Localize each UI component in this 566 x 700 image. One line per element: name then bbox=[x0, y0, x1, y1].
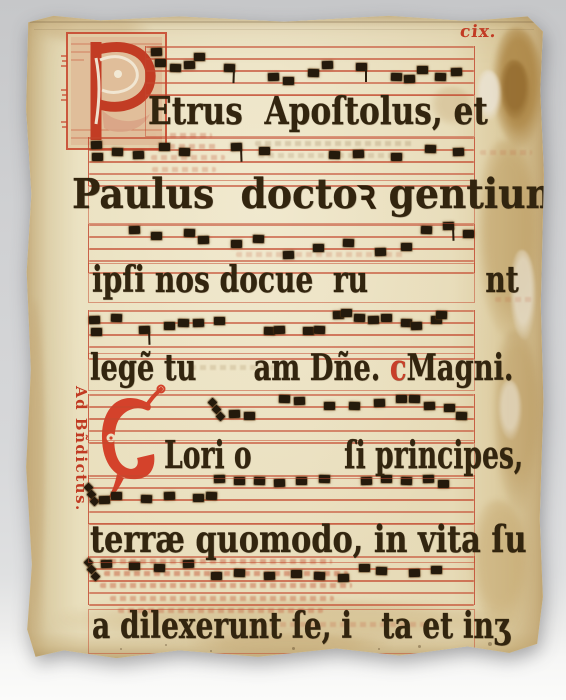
neume-diamond bbox=[216, 412, 226, 422]
neume-square bbox=[155, 59, 166, 67]
ink-spot bbox=[452, 650, 456, 654]
neume-square bbox=[375, 248, 386, 256]
neume-square bbox=[314, 326, 325, 334]
ink-spot bbox=[186, 13, 188, 15]
neume-square bbox=[91, 328, 102, 336]
ink-spot bbox=[60, 14, 62, 16]
neume-square bbox=[279, 395, 290, 403]
neume-square bbox=[151, 48, 162, 56]
ink-spot bbox=[322, 10, 325, 13]
neume-square bbox=[234, 569, 245, 577]
chant-text: Lori o ſi principes, bbox=[164, 432, 523, 477]
rubricated-letter: c bbox=[390, 347, 407, 389]
neume-square bbox=[401, 243, 412, 251]
neume-square bbox=[231, 240, 242, 248]
neume-square bbox=[259, 147, 270, 155]
neume-square bbox=[193, 494, 204, 502]
neume-square bbox=[341, 309, 352, 317]
ink-spot bbox=[370, 11, 373, 14]
stain-patch bbox=[24, 300, 46, 640]
ink-spot bbox=[472, 10, 475, 13]
neume-square bbox=[409, 569, 420, 577]
neume-square bbox=[164, 492, 175, 500]
ink-spot bbox=[152, 10, 156, 14]
staff-line bbox=[89, 418, 474, 420]
neume-square bbox=[451, 68, 462, 76]
neume-square bbox=[224, 64, 235, 72]
neume-square bbox=[178, 319, 189, 327]
staff-line bbox=[89, 334, 474, 336]
staff-line bbox=[89, 406, 474, 408]
neume-stem bbox=[365, 69, 367, 82]
staff-line bbox=[89, 224, 474, 226]
neume-square bbox=[170, 64, 181, 72]
neume-square bbox=[291, 570, 302, 578]
neume-square bbox=[253, 235, 264, 243]
neume-square bbox=[313, 244, 324, 252]
staff-line bbox=[146, 46, 474, 48]
staff-line bbox=[89, 248, 474, 250]
neume-square bbox=[198, 236, 209, 244]
ink-spot bbox=[511, 13, 514, 16]
neume-square bbox=[141, 495, 152, 503]
neume-square bbox=[353, 150, 364, 158]
ink-spot bbox=[414, 10, 416, 12]
ink-spot bbox=[490, 15, 493, 18]
neume-square bbox=[129, 562, 140, 570]
neume-square bbox=[99, 496, 110, 504]
text-line-7: a dilexerunt ſe, i ta et inʒ bbox=[92, 608, 510, 644]
stain-patch bbox=[498, 380, 522, 440]
staff-line bbox=[89, 580, 474, 582]
ink-spot bbox=[394, 9, 397, 12]
neume-square bbox=[159, 143, 170, 151]
neume-square bbox=[436, 311, 447, 319]
ink-spot bbox=[335, 651, 339, 655]
ink-spot bbox=[448, 12, 451, 15]
photo-backdrop: cix. bbox=[0, 0, 566, 700]
neume-square bbox=[359, 564, 370, 572]
neume-square bbox=[133, 151, 144, 159]
text-line-5: Lori o ſi principes, bbox=[164, 436, 523, 474]
leaf-shadow-wrap: cix. bbox=[0, 0, 566, 700]
neume-square bbox=[374, 399, 385, 407]
ink-spot bbox=[356, 9, 360, 13]
text-line-2: Paulus doctoꝛ gentium bbox=[72, 174, 565, 215]
neume-square bbox=[438, 480, 449, 488]
ink-spot bbox=[430, 7, 433, 10]
neume-square bbox=[154, 564, 165, 572]
chant-text: Etrus Apoſtolus, et bbox=[148, 88, 488, 133]
staff-line bbox=[89, 236, 474, 238]
neume-square bbox=[294, 397, 305, 405]
neume-square bbox=[274, 479, 285, 487]
text-line-4: legẽ tu am Dñe. cMagni. bbox=[90, 350, 513, 386]
neume-square bbox=[184, 229, 195, 237]
text-line-6: terræ quomodo, in vita ſu bbox=[90, 521, 527, 558]
chant-text: terræ quomodo, in vita ſu bbox=[90, 517, 527, 561]
ink-spot bbox=[303, 8, 305, 10]
staff-line bbox=[89, 592, 474, 594]
ink-spot bbox=[264, 10, 266, 12]
neume-square bbox=[391, 73, 402, 81]
neume-square bbox=[417, 66, 428, 74]
neume-square bbox=[381, 314, 392, 322]
neume-square bbox=[404, 75, 415, 83]
chant-text: ipſi nos docue ru nt bbox=[92, 259, 519, 301]
neume-square bbox=[356, 63, 367, 71]
neume-square bbox=[214, 317, 225, 325]
neume-square bbox=[435, 73, 446, 81]
neume-square bbox=[409, 395, 420, 403]
staff-line bbox=[89, 487, 474, 489]
neume-square bbox=[425, 145, 436, 153]
verso-show-through bbox=[285, 2, 337, 7]
neume-square bbox=[206, 492, 217, 500]
staff-line bbox=[146, 82, 474, 84]
neume-square bbox=[303, 327, 314, 335]
neume-square bbox=[283, 251, 294, 259]
neume-square bbox=[89, 316, 100, 324]
neume-square bbox=[229, 410, 240, 418]
neume-square bbox=[329, 151, 340, 159]
staff-line bbox=[89, 161, 474, 163]
neume-square bbox=[424, 402, 435, 410]
neume-square bbox=[91, 141, 102, 149]
chant-text: a dilexerunt ſe, i ta et inʒ bbox=[92, 605, 510, 647]
neume-square bbox=[324, 402, 335, 410]
neume-square bbox=[368, 316, 379, 324]
neume-square bbox=[264, 572, 275, 580]
ink-spot bbox=[310, 5, 313, 8]
neume-square bbox=[411, 322, 422, 330]
neume-square bbox=[112, 148, 123, 156]
neume-square bbox=[193, 319, 204, 327]
neume-square bbox=[151, 232, 162, 240]
neume-square bbox=[283, 77, 294, 85]
staff-line bbox=[89, 310, 474, 312]
neume-square bbox=[463, 230, 474, 238]
neume-square bbox=[354, 314, 365, 322]
neume-square bbox=[376, 567, 387, 575]
neume-square bbox=[184, 61, 195, 69]
ink-spot bbox=[260, 3, 264, 7]
chant-text: legẽ tu am Dñe. bbox=[90, 347, 390, 389]
staff-line bbox=[89, 137, 474, 139]
neume-square bbox=[338, 574, 349, 582]
music-staff-7 bbox=[88, 556, 475, 605]
neume-square bbox=[456, 412, 467, 420]
neume-square bbox=[308, 69, 319, 77]
ink-spot bbox=[96, 9, 98, 11]
staff-line bbox=[89, 511, 474, 513]
text-line-1: Etrus Apoſtolus, et bbox=[148, 92, 488, 130]
chant-text: Paulus doctoꝛ gentium bbox=[72, 170, 565, 218]
neume-square bbox=[211, 572, 222, 580]
neume-square bbox=[391, 153, 402, 161]
neume-square bbox=[453, 148, 464, 156]
neume-square bbox=[322, 61, 333, 69]
ink-spot bbox=[240, 9, 242, 11]
neume-square bbox=[139, 326, 150, 334]
neume-square bbox=[194, 53, 205, 61]
staff-line bbox=[89, 149, 474, 151]
neume-square bbox=[314, 572, 325, 580]
neume-square bbox=[274, 326, 285, 334]
neume-square bbox=[231, 143, 242, 151]
neume-square bbox=[431, 566, 442, 574]
neume-square bbox=[164, 322, 175, 330]
neume-square bbox=[444, 404, 455, 412]
neume-square bbox=[268, 73, 279, 81]
neume-square bbox=[349, 402, 360, 410]
neume-square bbox=[343, 239, 354, 247]
neume-square bbox=[111, 492, 122, 500]
ink-spot bbox=[459, 9, 461, 11]
neume-square bbox=[92, 153, 103, 161]
neume-square bbox=[111, 314, 122, 322]
neume-square bbox=[129, 226, 140, 234]
manuscript-leaf: cix. bbox=[22, 12, 546, 662]
neume-square bbox=[244, 412, 255, 420]
neume-square bbox=[396, 395, 407, 403]
neume-square bbox=[179, 148, 190, 156]
folio-number: cix. bbox=[459, 22, 498, 42]
ink-spot bbox=[128, 12, 132, 16]
neume-square bbox=[421, 226, 432, 234]
chant-text: Magni. bbox=[406, 347, 513, 389]
neume-stem bbox=[452, 228, 454, 241]
text-line-3: ipſi nos docue ru nt bbox=[92, 262, 519, 298]
verso-show-through bbox=[480, 150, 532, 155]
